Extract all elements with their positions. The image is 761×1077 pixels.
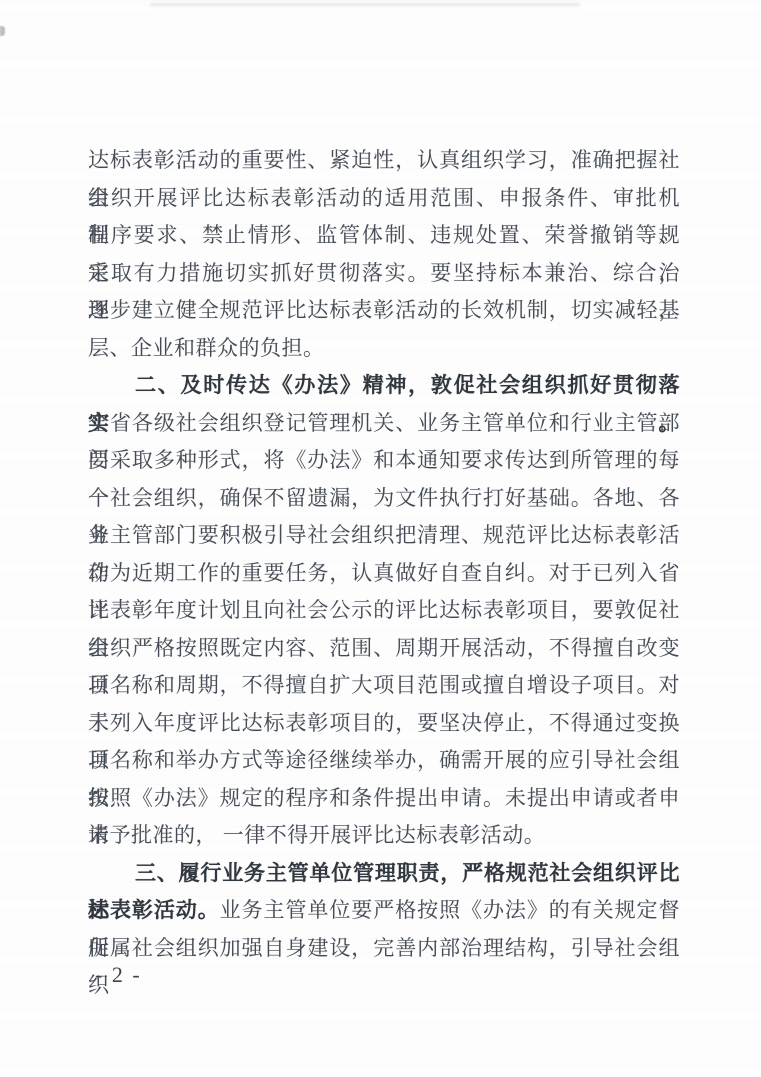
text-line: 程序要求、禁止情形、监管体制、违规处置、荣誉撤销等规定， bbox=[88, 217, 680, 255]
text-line: 所属社会组织加强自身建设，完善内部治理结构，引导社会组织 bbox=[88, 930, 680, 968]
heading-text: 标表彰活动。 bbox=[88, 898, 220, 922]
scan-smudge-artifact bbox=[150, 3, 580, 6]
text-line: 逐步建立健全规范评比达标表彰活动的长效机制，切实减轻基 bbox=[88, 292, 680, 330]
text-line: 全省各级社会组织登记管理机关、业务主管单位和行业主管部门 bbox=[88, 405, 680, 443]
text-line: 未列入年度评比达标表彰项目的，要坚决停止，不得通过变换项 bbox=[88, 705, 680, 743]
text-line: 层、企业和群众的负担。 bbox=[88, 330, 680, 368]
text-line: 三、履行业务主管单位管理职责，严格规范社会组织评比达 bbox=[88, 855, 680, 893]
text-line: 达标表彰活动的重要性、紧迫性，认真组织学习，准确把握社会 bbox=[88, 142, 680, 180]
text-line: 按照《办法》规定的程序和条件提出申请。未提出申请或者申请 bbox=[88, 780, 680, 818]
document-body: 达标表彰活动的重要性、紧迫性，认真组织学习，准确把握社会组织开展评比达标表彰活动… bbox=[88, 142, 680, 967]
body-text: 逐步建立健全规范评比达标表彰活动的长效机制，切实减轻基 bbox=[88, 298, 680, 322]
text-line: 作为近期工作的重要任务，认真做好自查自纠。对于已列入省评 bbox=[88, 555, 680, 593]
body-text: 所属社会组织加强自身建设，完善内部治理结构，引导社会组织 bbox=[88, 936, 680, 998]
text-line: 二、及时传达《办法》精神，敦促社会组织抓好贯彻落实。 bbox=[88, 367, 680, 405]
text-line: 要采取多种形式，将《办法》和本通知要求传达到所管理的每一 bbox=[88, 442, 680, 480]
scanned-document-page: 达标表彰活动的重要性、紧迫性，认真组织学习，准确把握社会组织开展评比达标表彰活动… bbox=[0, 0, 761, 1077]
text-line: 未予批准的， 一律不得开展评比达标表彰活动。 bbox=[88, 817, 680, 855]
body-text: 层、企业和群众的负担。 bbox=[88, 336, 325, 360]
text-line: 目名称和周期，不得擅自扩大项目范围或擅自增设子项目。对于 bbox=[88, 667, 680, 705]
text-line: 比表彰年度计划且向社会公示的评比达标表彰项目，要敦促社会 bbox=[88, 592, 680, 630]
body-text: 未予批准的， 一律不得开展评比达标表彰活动。 bbox=[88, 823, 545, 847]
text-line: 个社会组织，确保不留遗漏，为文件执行打好基础。各地、各业 bbox=[88, 480, 680, 518]
text-line: 务主管部门要积极引导社会组织把清理、规范评比达标表彰活动 bbox=[88, 517, 680, 555]
text-line: 目名称和举办方式等途径继续举办，确需开展的应引导社会组织 bbox=[88, 742, 680, 780]
text-line: 标表彰活动。业务主管单位要严格按照《办法》的有关规定督促 bbox=[88, 892, 680, 930]
text-line: 组织严格按照既定内容、范围、周期开展活动，不得擅自改变项 bbox=[88, 630, 680, 668]
scan-edge-mark-artifact bbox=[0, 26, 5, 36]
page-number: - 2 - bbox=[95, 960, 142, 990]
text-line: 组织开展评比达标表彰活动的适用范围、申报条件、审批机制、 bbox=[88, 180, 680, 218]
text-line: 采取有力措施切实抓好贯彻落实。要坚持标本兼治、综合治理， bbox=[88, 255, 680, 293]
